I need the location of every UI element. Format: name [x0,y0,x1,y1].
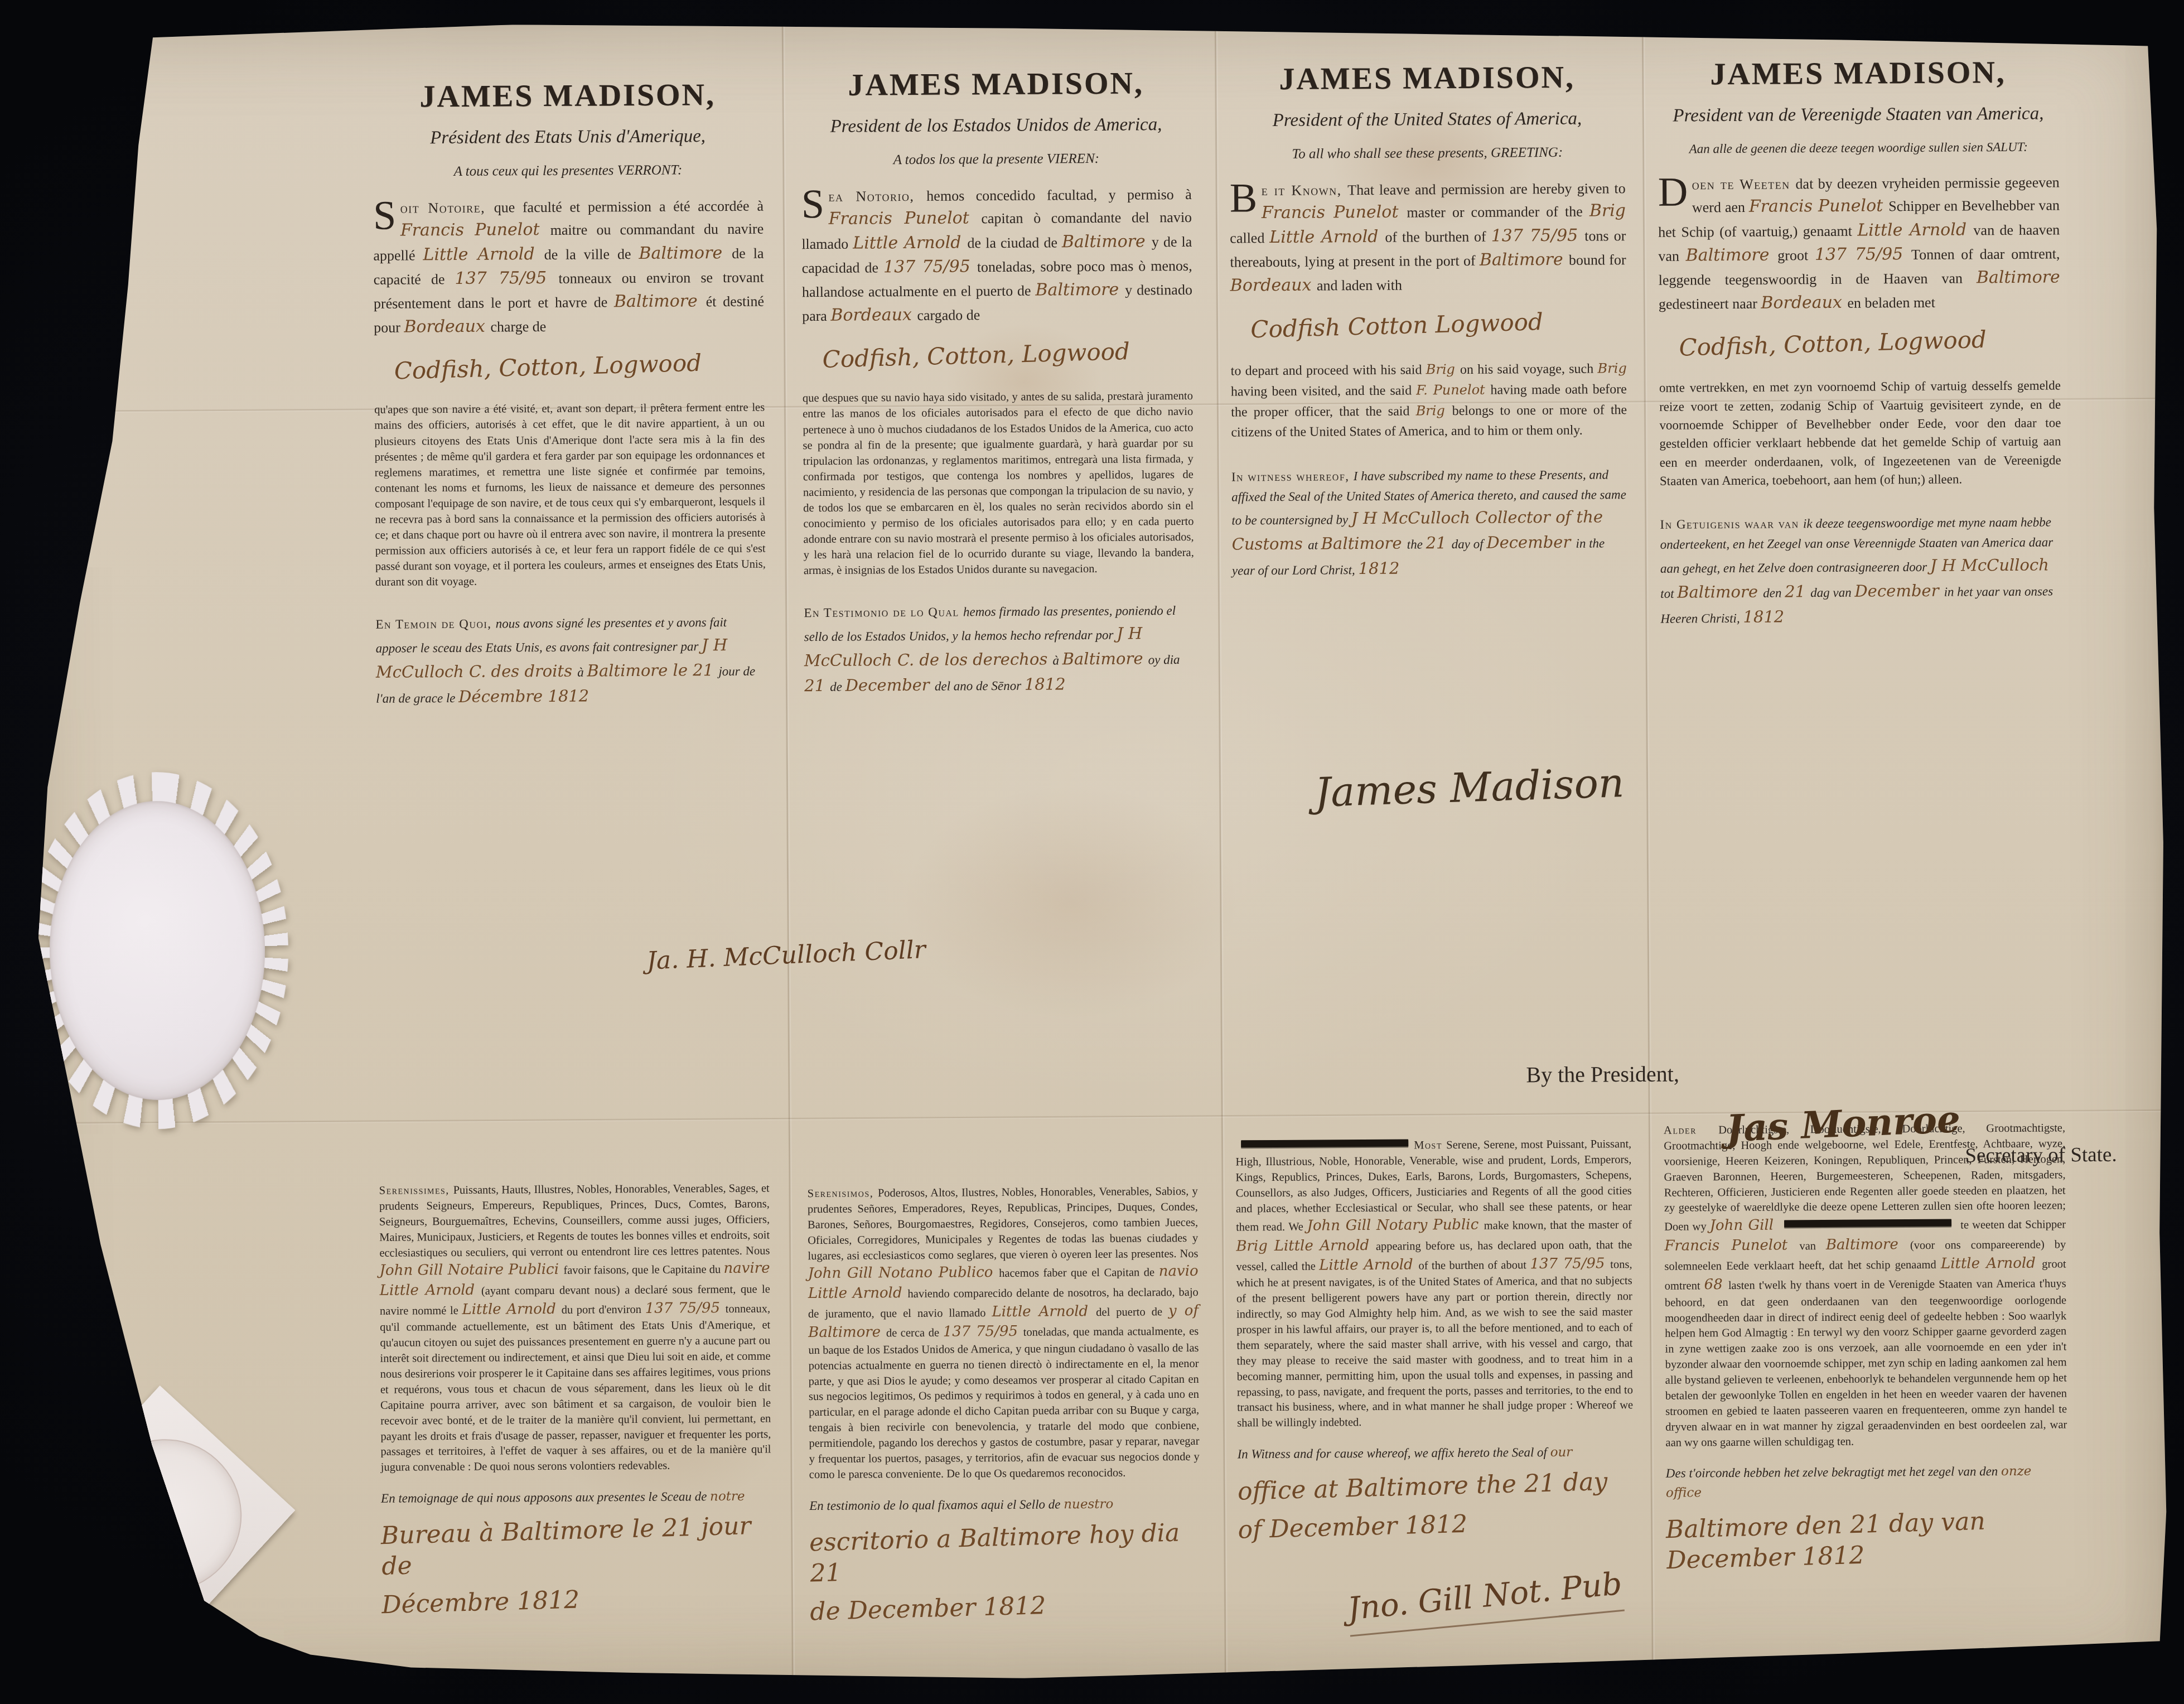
closing-block: Des t'oirconde hebben het zelve bekragti… [1666,1462,2068,1572]
body-paragraph: que despues que su navio haya sido visit… [803,388,1194,578]
closing-block: En testimonio de lo qual fixamos aqui el… [809,1494,1200,1624]
column-salutation: A tous ceux qui les presentes VERRONT: [373,162,763,180]
secretary-of-state-label: Secretary of State. [1965,1143,2117,1168]
cargo-handwritten: Codfish, Cotton, Logwood [394,347,765,385]
column-english-top: JAMES MADISON, President of the United S… [1229,59,1628,582]
cargo-handwritten: Codfish Cotton Logwood [1250,306,1627,343]
vertical-fold-crease [781,14,795,1693]
page-title: JAMES MADISON, [1657,54,2059,92]
page-title: JAMES MADISON, [373,77,763,115]
column-dutch-top: JAMES MADISON, President van de Vereenig… [1657,54,2062,630]
body-paragraph: to depart and proceed with his said Brig… [1231,358,1627,442]
column-salutation: To all who shall see these presents, GRE… [1229,144,1625,162]
opening-paragraph: Be it Known, That leave and permission a… [1230,178,1626,298]
notary-signature: Jno. Gill Not. Pub [1346,1566,1624,1637]
witness-block: In witness whereof, I have subscribed my… [1231,465,1628,582]
bottom-paragraph: Most Serene, Serene, most Puissant, Puis… [1235,1137,1633,1432]
starburst-paper-seal [25,771,289,1130]
column-subtitle: President van de Vereenigde Staaten van … [1658,103,2059,126]
column-english-bottom: Most Serene, Serene, most Puissant, Puis… [1235,1137,1634,1541]
collector-signature: Ja. H. McCulloch Collr [646,935,926,975]
witness-block: In Getuigenis waar van ik deeze teegensw… [1660,513,2062,630]
diamond-seal-embossing [57,1408,273,1624]
vertical-fold-crease [1214,12,1228,1691]
james-madison-signature: James Madison [1314,759,1625,816]
column-subtitle: President of the United States of Americ… [1229,108,1625,131]
photograph-background: JAMES MADISON, Président des Etats Unis … [0,0,2184,1704]
column-subtitle: Président des Etats Unis d'Amerique, [373,126,763,149]
column-spanish-top: JAMES MADISON, President de los Estados … [800,65,1195,698]
opening-paragraph: Soit Notoire, que faculté et permission … [373,196,765,340]
by-the-president-label: By the President, [1526,1061,1679,1088]
column-french-bottom: Serenissimes, Puissants, Hauts, Illustre… [379,1181,772,1616]
column-spanish-bottom: Serenisimos, Poderosos, Altos, Ilustres,… [808,1184,1201,1623]
vertical-fold-crease [1641,9,1655,1688]
column-subtitle: President de los Estados Unidos de Ameri… [801,114,1191,137]
witness-block: En Testimonio de lo Qual hemos firmado l… [804,601,1195,698]
body-paragraph: omte vertrekken, en met zyn voornoemd Sc… [1659,376,2061,490]
page-title: JAMES MADISON, [1229,59,1625,97]
document-paper: JAMES MADISON, Président des Etats Unis … [11,6,2173,1698]
bottom-paragraph: Alder Doorluchtigste, Doorluchtigste, Do… [1664,1121,2067,1451]
cargo-handwritten: Codfish, Cotton, Logwood [1679,324,2061,361]
column-french-top: JAMES MADISON, Président des Etats Unis … [373,77,767,710]
column-salutation: A todos los que la presente VIEREN: [801,151,1191,168]
starburst-seal-center [49,800,265,1100]
closing-block: En temoignage de qui nous apposons aux p… [381,1487,772,1616]
body-paragraph: qu'apes que son navire a été visité, et,… [374,400,766,590]
closing-block: In Witness and for cause whereof, we aff… [1238,1442,1634,1541]
cargo-handwritten: Codfish, Cotton, Logwood [822,336,1193,373]
column-dutch-bottom: Alder Doorluchtigste, Doorluchtigste, Do… [1664,1121,2068,1572]
bottom-paragraph: Serenisimos, Poderosos, Altos, Ilustres,… [808,1184,1200,1483]
opening-paragraph: Sea Notorio, hemos concedido facultad, y… [801,184,1193,328]
bottom-paragraph: Serenissimes, Puissants, Hauts, Illustre… [379,1181,771,1476]
opening-paragraph: Doen te Weeten dat by deezen vryheiden p… [1658,172,2061,316]
diamond-wafer-seal [35,1386,295,1645]
witness-block: En Temoin de Quoi, nous avons signé les … [375,612,766,710]
page-title: JAMES MADISON, [800,65,1191,103]
column-salutation: Aan alle de geenen die deeze teegen woor… [1658,139,2059,156]
